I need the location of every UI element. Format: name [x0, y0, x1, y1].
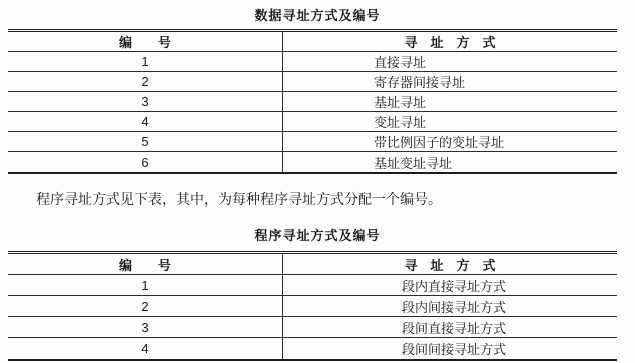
- cell-number: 2: [8, 296, 283, 316]
- cell-mode: 段内间接寻址方式: [283, 296, 617, 316]
- table-row: 4 段间间接寻址方式: [8, 338, 617, 359]
- program-table-title: 程序寻址方式及编号: [0, 228, 635, 244]
- cell-mode: 直接寻址: [283, 52, 617, 71]
- table-row: 3 基址寻址: [8, 92, 617, 112]
- cell-number: 1: [8, 275, 283, 295]
- cell-mode: 基址变址寻址: [283, 152, 617, 172]
- header-cell-mode: 寻 址 方 式: [283, 254, 617, 274]
- table-row: 2 寄存器间接寻址: [8, 72, 617, 92]
- cell-number: 2: [8, 72, 283, 91]
- body-paragraph: 程序寻址方式见下表，其中，为每种程序寻址方式分配一个编号。: [8, 190, 625, 208]
- table-header-row: 编 号 寻 址 方 式: [8, 254, 617, 275]
- cell-number: 4: [8, 112, 283, 131]
- table-header-row: 编 号 寻 址 方 式: [8, 32, 617, 52]
- table-row: 3 段间直接寻址方式: [8, 317, 617, 338]
- cell-mode: 带比例因子的变址寻址: [283, 132, 617, 151]
- program-addressing-table: 编 号 寻 址 方 式 1 段内直接寻址方式 2 段内间接寻址方式 3 段间直接…: [8, 251, 617, 361]
- cell-number: 3: [8, 317, 283, 337]
- data-addressing-table: 编 号 寻 址 方 式 1 直接寻址 2 寄存器间接寻址 3 基址寻址 4 变址…: [8, 29, 617, 174]
- table-row: 1 段内直接寻址方式: [8, 275, 617, 296]
- cell-number: 3: [8, 92, 283, 111]
- table-body: 1 段内直接寻址方式 2 段内间接寻址方式 3 段间直接寻址方式 4 段间间接寻…: [8, 275, 617, 359]
- table-row: 5 带比例因子的变址寻址: [8, 132, 617, 152]
- cell-mode: 段间直接寻址方式: [283, 317, 617, 337]
- table-row: 1 直接寻址: [8, 52, 617, 72]
- cell-number: 6: [8, 152, 283, 172]
- cell-mode: 段间间接寻址方式: [283, 338, 617, 359]
- table-row: 2 段内间接寻址方式: [8, 296, 617, 317]
- header-cell-mode: 寻 址 方 式: [283, 32, 617, 51]
- cell-mode: 基址寻址: [283, 92, 617, 111]
- cell-number: 5: [8, 132, 283, 151]
- table-body: 1 直接寻址 2 寄存器间接寻址 3 基址寻址 4 变址寻址 5 带比例因子的变…: [8, 52, 617, 172]
- cell-mode: 段内直接寻址方式: [283, 275, 617, 295]
- document-page: 数据寻址方式及编号 编 号 寻 址 方 式 1 直接寻址 2 寄存器间接寻址 3…: [0, 0, 635, 363]
- cell-number: 4: [8, 338, 283, 359]
- cell-mode: 寄存器间接寻址: [283, 72, 617, 91]
- cell-mode: 变址寻址: [283, 112, 617, 131]
- cell-number: 1: [8, 52, 283, 71]
- table-row: 4 变址寻址: [8, 112, 617, 132]
- table-row: 6 基址变址寻址: [8, 152, 617, 172]
- data-table-title: 数据寻址方式及编号: [0, 0, 635, 24]
- header-cell-number: 编 号: [8, 254, 283, 274]
- header-cell-number: 编 号: [8, 32, 283, 51]
